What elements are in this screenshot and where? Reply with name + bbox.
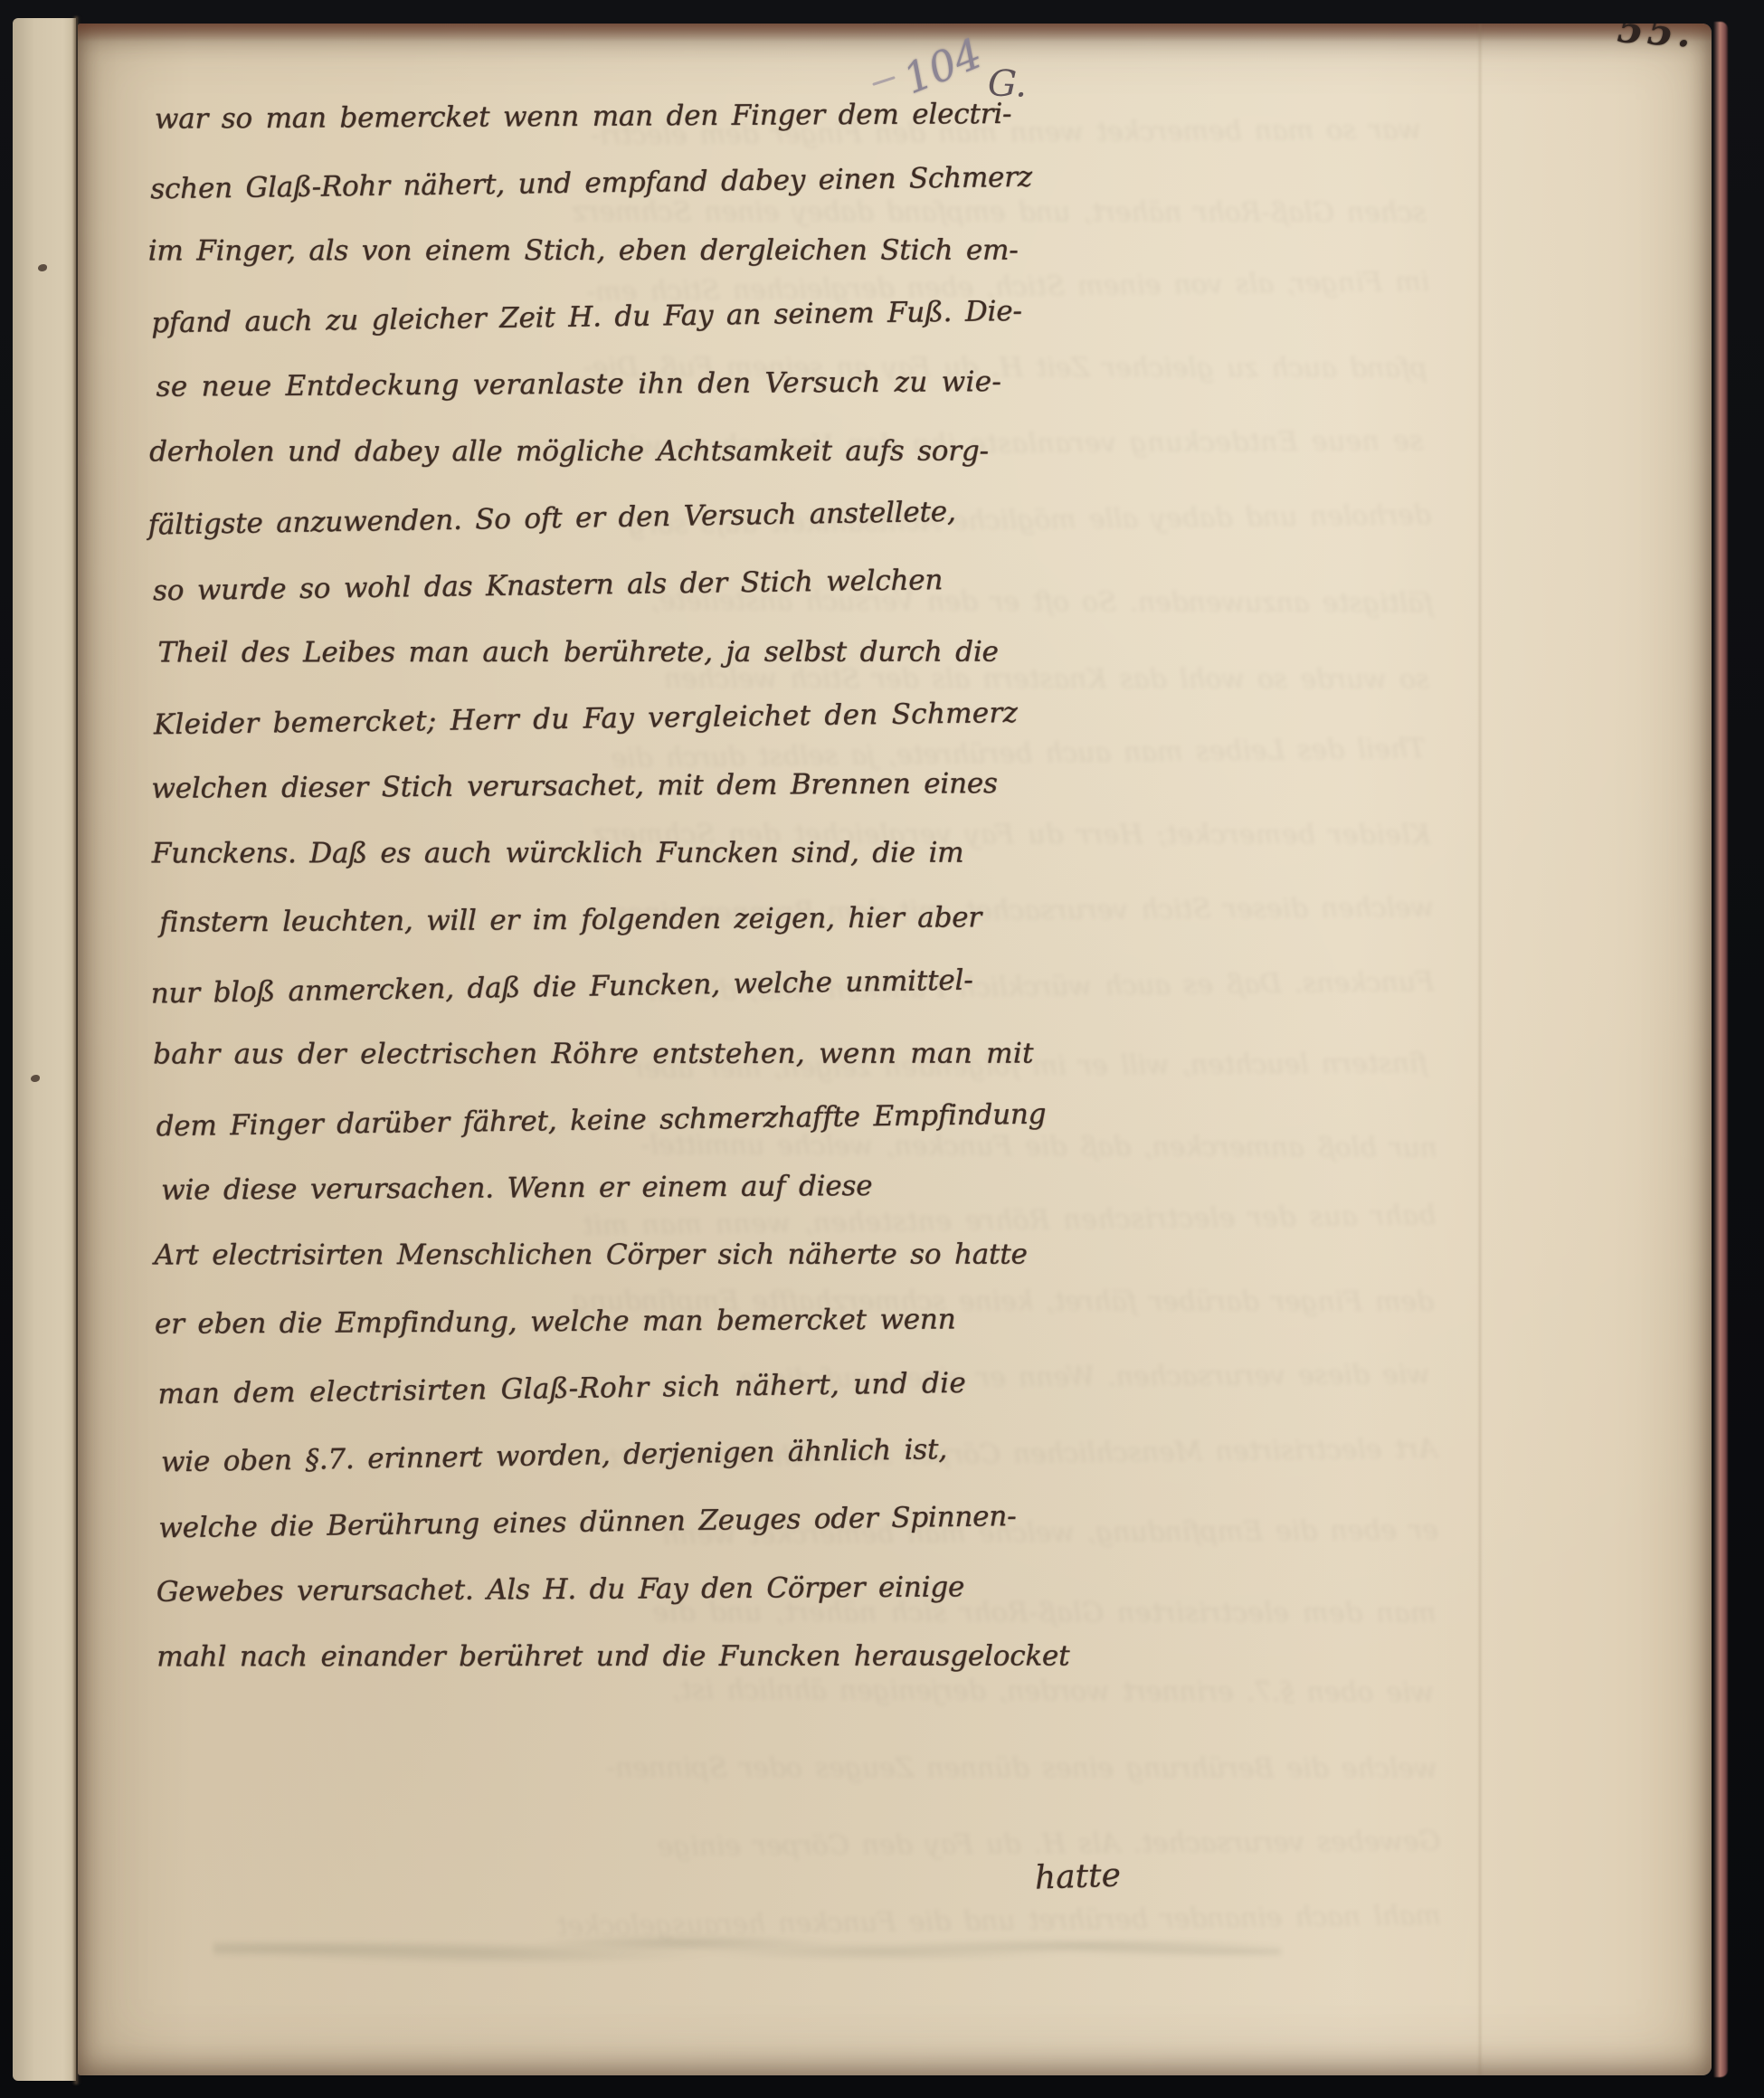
- manuscript-line: Funckens. Daß es auch würcklich Funcken …: [152, 820, 966, 888]
- bleedthrough-line: mahl nach einander berühret und die Func…: [119, 1877, 1441, 1971]
- manuscript-line: pfand auch zu gleicher Zeit H. du Fay an…: [151, 279, 966, 357]
- archival-letter: G.: [987, 62, 1028, 105]
- manuscript-line: so wurde so wohl das Knastern als der St…: [152, 546, 967, 625]
- manuscript-line: derholen und dabey alle mögliche Achtsam…: [149, 418, 963, 486]
- manuscript-line: dem Finger darüber fähret, keine schmerz…: [156, 1082, 971, 1161]
- manuscript-line: Gewebes verursachet. Als H. du Fay den C…: [156, 1553, 971, 1625]
- manuscript-line: bahr aus der electrischen Röhre entstehe…: [153, 1021, 967, 1088]
- manuscript-line: finstern leuchten, will er im folgenden …: [159, 884, 966, 955]
- scan-background: war so man bemercket wenn man den Finger…: [0, 0, 1764, 2098]
- folio-number-ink: 55.: [1616, 24, 1695, 56]
- manuscript-line: er eben die Empfindung, welche man bemer…: [155, 1286, 969, 1357]
- manuscript-line: Theil des Leibes man auch berührete, ja …: [157, 619, 964, 687]
- manuscript-text-block: war so man bemercket wenn man den Finger…: [147, 81, 972, 1692]
- page-fold-line: [1478, 24, 1482, 2075]
- manuscript-line: nur bloß anmercken, daß die Funcken, wel…: [150, 947, 965, 1028]
- manuscript-line: se neue Entdeckung veranlaste ihn den Ve…: [156, 348, 963, 420]
- manuscript-line: war so man bemercket wenn man den Finger…: [155, 81, 962, 152]
- page-right-edge: [1713, 22, 1728, 2077]
- archival-number-pencil: 104: [896, 29, 989, 104]
- bleedthrough-line: Gewebes verursachet. Als H. du Fay den C…: [119, 1803, 1441, 1890]
- manuscript-line: Kleider bemercket; Herr du Fay vergleich…: [153, 680, 968, 759]
- manuscript-line: wie diese verursachen. Wenn er einem auf…: [161, 1152, 968, 1223]
- manuscript-line: mahl nach einander berühret und die Func…: [156, 1623, 971, 1691]
- previous-page-edge: [13, 18, 76, 2081]
- ink-speck: [31, 1075, 40, 1082]
- manuscript-line: welche die Berührung eines dünnen Zeuges…: [158, 1484, 973, 1562]
- ink-speck: [38, 264, 47, 271]
- manuscript-line: im Finger, als von einem Stich, eben der…: [148, 217, 963, 285]
- manuscript-line: wie oben §.7. erinnert worden, derjenige…: [160, 1416, 968, 1496]
- manuscript-line: welchen dieser Stich verursachet, mit de…: [151, 750, 965, 821]
- catchword: hatte: [1034, 1856, 1121, 1896]
- manuscript-line: man dem electrisirten Glaß-Rohr sich näh…: [157, 1350, 972, 1429]
- manuscript-line: fältigste anzuwenden. So oft er den Vers…: [147, 479, 963, 559]
- manuscript-scan: { "scan": { "folio_number_ink": "55.", "…: [0, 0, 1764, 2098]
- book-page: war so man bemercket wenn man den Finger…: [78, 24, 1712, 2075]
- manuscript-line: schen Glaß-Rohr nähert, und empfand dabe…: [150, 145, 965, 223]
- manuscript-line: Art electrisirten Menschlichen Cörper si…: [154, 1221, 968, 1289]
- bleedthrough-smudge: [213, 1920, 1281, 1978]
- bleedthrough-line: welche die Berührung eines dünnen Zeuges…: [117, 1729, 1437, 1808]
